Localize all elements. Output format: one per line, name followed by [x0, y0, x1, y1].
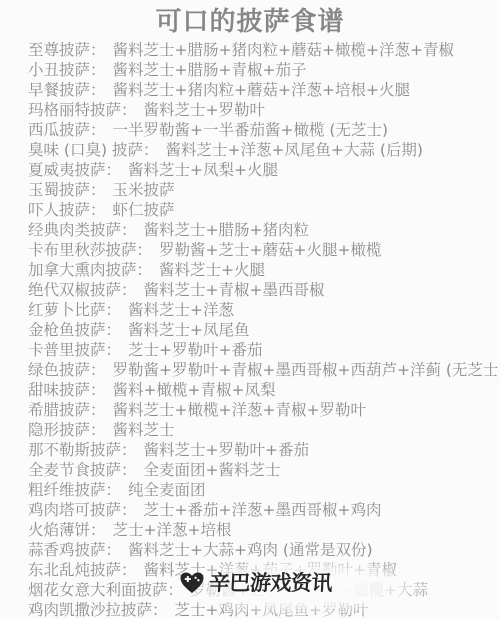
recipe-name: 隐形披萨： [28, 421, 106, 439]
recipe-name: 烟花女意大利面披萨： [28, 581, 183, 599]
recipe-name: 红萝卜比萨： [28, 301, 121, 319]
recipe-ingredients: 酱料芝士+洋葱 [128, 301, 234, 319]
recipe-row: 鸡肉凯撒沙拉披萨：芝士+鸡肉+凤尾鱼+罗勒叶 [28, 600, 500, 619]
recipe-ingredients: 全麦面团+酱料芝士 [144, 461, 281, 479]
recipe-name: 经典肉类披萨： [28, 221, 137, 239]
recipe-ingredients: 酱料+橄榄+青椒+凤梨 [113, 381, 276, 399]
recipe-ingredients: 酱料芝士+大蒜+鸡肉 (通常是双份) [128, 541, 373, 559]
recipe-row: 那不勒斯披萨：酱料芝士+罗勒叶+番茄 [28, 440, 500, 460]
recipe-ingredients: 酱料芝士+凤梨+火腿 [128, 161, 278, 179]
recipe-ingredients: 酱料芝士+罗勒叶 [144, 101, 266, 119]
recipe-name: 全麦节食披萨： [28, 461, 137, 479]
page-title: 可口的披萨食谱 [0, 0, 500, 40]
recipe-name: 西瓜披萨： [28, 121, 106, 139]
recipe-name: 甜味披萨： [28, 381, 106, 399]
recipe-name: 火焰薄饼： [28, 521, 106, 539]
recipe-row: 卡普里披萨：芝士+罗勒叶+番茄 [28, 340, 500, 360]
recipe-name: 金枪鱼披萨： [28, 321, 121, 339]
recipe-ingredients: 酱料芝士+猪肉粒+蘑菇+洋葱+培根+火腿 [113, 81, 410, 99]
recipe-name: 玉蜀披萨： [28, 181, 106, 199]
recipe-row: 鸡肉塔可披萨：芝士+番茄+洋葱+墨西哥椒+鸡肉 [28, 500, 500, 520]
recipe-row: 绝代双椒披萨：酱料芝士+青椒+墨西哥椒 [28, 280, 500, 300]
recipe-ingredients: 纯全麦面团 [128, 481, 206, 499]
game-controller-heart-icon [179, 571, 205, 595]
recipe-name: 希腊披萨： [28, 401, 106, 419]
recipe-list: 至尊披萨：酱料芝士+腊肠+猪肉粒+蘑菇+橄榄+洋葱+青椒 小丑披萨：酱料芝士+腊… [0, 40, 500, 619]
recipe-name: 卡布里秋莎披萨： [28, 241, 152, 259]
recipe-ingredients: 罗勒酱+罗勒叶+青椒+墨西哥椒+西葫芦+洋蓟 (无芝士) [113, 361, 500, 379]
recipe-name: 绿色披萨： [28, 361, 106, 379]
recipe-row: 火焰薄饼：芝士+洋葱+培根 [28, 520, 500, 540]
recipe-row: 夏威夷披萨：酱料芝士+凤梨+火腿 [28, 160, 500, 180]
recipe-ingredients: 芝士+鸡肉+凤尾鱼+罗勒叶 [175, 601, 369, 619]
recipe-ingredients: 酱料芝士+火腿 [159, 261, 265, 279]
recipe-row: 至尊披萨：酱料芝士+腊肠+猪肉粒+蘑菇+橄榄+洋葱+青椒 [28, 40, 500, 60]
recipe-ingredients: 酱料芝士+洋葱+凤尾鱼+大蒜 (后期) [165, 141, 422, 159]
recipe-ingredients: 虾仁披萨 [113, 201, 175, 219]
recipe-ingredients: 酱料芝士+罗勒叶+番茄 [144, 441, 309, 459]
recipe-row: 蒜香鸡披萨：酱料芝士+大蒜+鸡肉 (通常是双份) [28, 540, 500, 560]
recipe-ingredients: 酱料芝士+腊肠+青椒+茄子 [113, 61, 307, 79]
recipe-name: 粗纤维披萨： [28, 481, 121, 499]
recipe-ingredients: 一半罗勒酱+一半番茄酱+橄榄 (无芝士) [113, 121, 389, 139]
recipe-row: 红萝卜比萨：酱料芝士+洋葱 [28, 300, 500, 320]
recipe-row: 早餐披萨：酱料芝士+猪肉粒+蘑菇+洋葱+培根+火腿 [28, 80, 500, 100]
recipe-name: 东北乱炖披萨： [28, 561, 137, 579]
recipe-name: 蒜香鸡披萨： [28, 541, 121, 559]
recipe-ingredients: 酱料芝士+凤尾鱼 [128, 321, 250, 339]
recipe-row: 绿色披萨：罗勒酱+罗勒叶+青椒+墨西哥椒+西葫芦+洋蓟 (无芝士) [28, 360, 500, 380]
recipe-ingredients: 罗勒酱+芝士+蘑菇+火腿+橄榄 [159, 241, 381, 259]
recipe-row: 小丑披萨：酱料芝士+腊肠+青椒+茄子 [28, 60, 500, 80]
recipe-ingredients: 芝士+番茄+洋葱+墨西哥椒+鸡肉 [144, 501, 382, 519]
recipe-name: 玛格丽特披萨： [28, 101, 137, 119]
recipe-ingredients: 酱料芝士 [113, 421, 175, 439]
recipe-row: 西瓜披萨：一半罗勒酱+一半番茄酱+橄榄 (无芝士) [28, 120, 500, 140]
recipe-ingredients: 芝士+洋葱+培根 [113, 521, 232, 539]
recipe-row: 经典肉类披萨：酱料芝士+腊肠+猪肉粒 [28, 220, 500, 240]
recipe-row: 卡布里秋莎披萨：罗勒酱+芝士+蘑菇+火腿+橄榄 [28, 240, 500, 260]
recipe-row: 臭味 (口臭) 披萨：酱料芝士+洋葱+凤尾鱼+大蒜 (后期) [28, 140, 500, 160]
recipe-row: 金枪鱼披萨：酱料芝士+凤尾鱼 [28, 320, 500, 340]
recipe-name: 夏威夷披萨： [28, 161, 121, 179]
recipe-name: 那不勒斯披萨： [28, 441, 137, 459]
recipe-row: 全麦节食披萨：全麦面团+酱料芝士 [28, 460, 500, 480]
recipe-row: 粗纤维披萨：纯全麦面团 [28, 480, 500, 500]
recipe-row: 玉蜀披萨：玉米披萨 [28, 180, 500, 200]
watermark: 辛巴游戏资讯 [179, 571, 332, 595]
watermark-text: 辛巴游戏资讯 [208, 571, 332, 595]
recipe-name: 臭味 (口臭) 披萨： [28, 141, 158, 159]
recipe-page: 可口的披萨食谱 至尊披萨：酱料芝士+腊肠+猪肉粒+蘑菇+橄榄+洋葱+青椒 小丑披… [0, 0, 500, 619]
recipe-name: 鸡肉凯撒沙拉披萨： [28, 601, 168, 619]
recipe-ingredients: 酱料芝士+青椒+墨西哥椒 [144, 281, 325, 299]
recipe-name: 鸡肉塔可披萨： [28, 501, 137, 519]
recipe-name: 绝代双椒披萨： [28, 281, 137, 299]
recipe-name: 小丑披萨： [28, 61, 106, 79]
recipe-name: 吓人披萨： [28, 201, 106, 219]
recipe-ingredients: 酱料芝士+橄榄+洋葱+青椒+罗勒叶 [113, 401, 366, 419]
recipe-row: 甜味披萨：酱料+橄榄+青椒+凤梨 [28, 380, 500, 400]
recipe-name: 早餐披萨： [28, 81, 106, 99]
recipe-row: 希腊披萨：酱料芝士+橄榄+洋葱+青椒+罗勒叶 [28, 400, 500, 420]
recipe-row: 隐形披萨：酱料芝士 [28, 420, 500, 440]
recipe-name: 加拿大熏肉披萨： [28, 261, 152, 279]
recipe-ingredients: 玉米披萨 [113, 181, 175, 199]
recipe-ingredients: 酱料芝士+腊肠+猪肉粒+蘑菇+橄榄+洋葱+青椒 [113, 41, 454, 59]
recipe-row: 玛格丽特披萨：酱料芝士+罗勒叶 [28, 100, 500, 120]
recipe-ingredients: 酱料芝士+腊肠+猪肉粒 [144, 221, 309, 239]
recipe-name: 至尊披萨： [28, 41, 106, 59]
recipe-row: 吓人披萨：虾仁披萨 [28, 200, 500, 220]
recipe-ingredients: 芝士+罗勒叶+番茄 [128, 341, 262, 359]
recipe-name: 卡普里披萨： [28, 341, 121, 359]
recipe-row: 加拿大熏肉披萨：酱料芝士+火腿 [28, 260, 500, 280]
